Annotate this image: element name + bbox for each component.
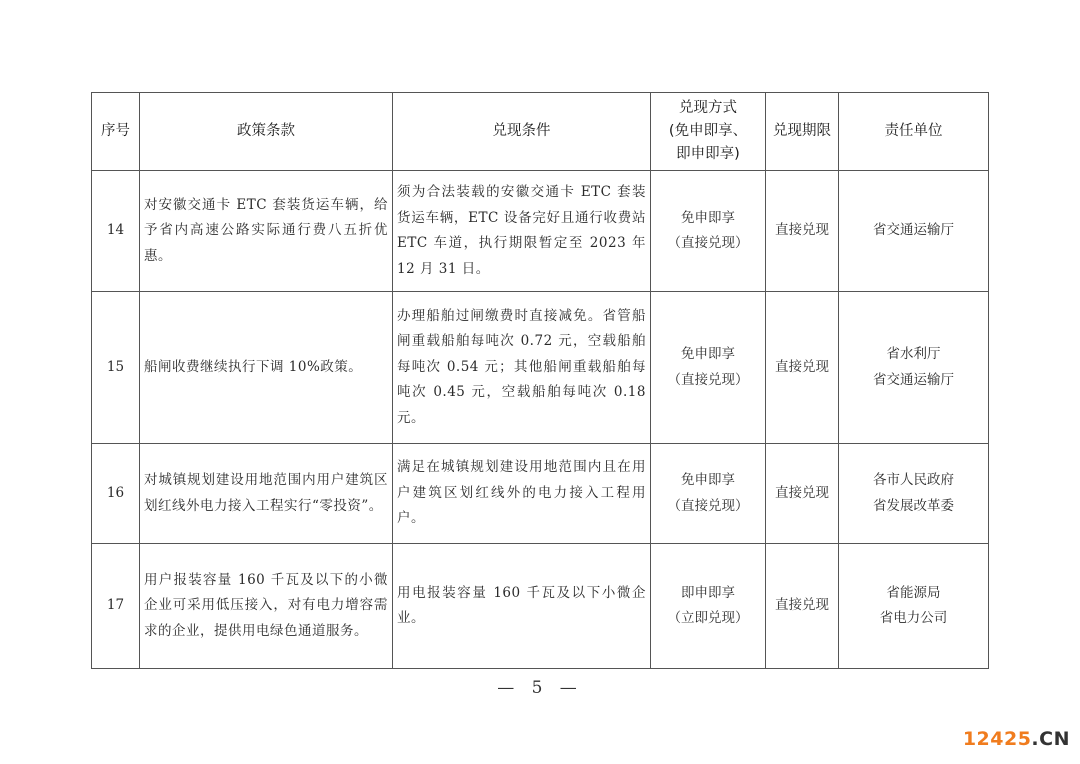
header-period: 兑现期限: [766, 93, 839, 171]
watermark-number: 12425: [963, 728, 1032, 750]
cell-condition: 须为合法装载的安徽交通卡 ETC 套装货运车辆，ETC 设备完好且通行收费站 E…: [393, 171, 651, 292]
cell-policy: 用户报装容量 160 千瓦及以下的小微企业可采用低压接入，对有电力增容需求的企业…: [140, 544, 393, 669]
cell-unit: 省水利厅 省交通运输厅: [839, 292, 989, 444]
policy-table: 序号 政策条款 兑现条件 兑现方式 (免申即享、 即申即享) 兑现期限 责任单位…: [91, 92, 989, 669]
cell-condition: 满足在城镇规划建设用地范围内且在用户建筑区划红线外的电力接入工程用户。: [393, 444, 651, 544]
cell-method: 免申即享 （直接兑现）: [651, 171, 766, 292]
table-row: 15 船闸收费继续执行下调 10%政策。 办理船舶过闸缴费时直接减免。省管船闸重…: [92, 292, 989, 444]
cell-condition: 办理船舶过闸缴费时直接减免。省管船闸重载船舶每吨次 0.72 元，空载船舶每吨次…: [393, 292, 651, 444]
table-row: 17 用户报装容量 160 千瓦及以下的小微企业可采用低压接入，对有电力增容需求…: [92, 544, 989, 669]
cell-policy: 对安徽交通卡 ETC 套装货运车辆，给予省内高速公路实际通行费八五折优惠。: [140, 171, 393, 292]
cell-condition: 用电报装容量 160 千瓦及以下小微企业。: [393, 544, 651, 669]
cell-method: 免申即享 （直接兑现）: [651, 444, 766, 544]
cell-period: 直接兑现: [766, 544, 839, 669]
cell-unit: 各市人民政府 省发展改革委: [839, 444, 989, 544]
table-row: 14 对安徽交通卡 ETC 套装货运车辆，给予省内高速公路实际通行费八五折优惠。…: [92, 171, 989, 292]
header-row: 序号 政策条款 兑现条件 兑现方式 (免申即享、 即申即享) 兑现期限 责任单位: [92, 93, 989, 171]
cell-policy: 对城镇规划建设用地范围内用户建筑区划红线外电力接入工程实行“零投资”。: [140, 444, 393, 544]
cell-seq: 14: [92, 171, 140, 292]
header-unit: 责任单位: [839, 93, 989, 171]
watermark-logo: 12425.CN: [963, 728, 1070, 750]
header-seq: 序号: [92, 93, 140, 171]
watermark-domain: .CN: [1031, 728, 1070, 750]
page-number: — 5 —: [0, 678, 1080, 698]
cell-seq: 17: [92, 544, 140, 669]
cell-method: 即申即享 （立即兑现）: [651, 544, 766, 669]
header-condition: 兑现条件: [393, 93, 651, 171]
table-row: 16 对城镇规划建设用地范围内用户建筑区划红线外电力接入工程实行“零投资”。 满…: [92, 444, 989, 544]
header-method: 兑现方式 (免申即享、 即申即享): [651, 93, 766, 171]
cell-seq: 15: [92, 292, 140, 444]
cell-unit: 省能源局 省电力公司: [839, 544, 989, 669]
header-policy: 政策条款: [140, 93, 393, 171]
cell-period: 直接兑现: [766, 292, 839, 444]
cell-seq: 16: [92, 444, 140, 544]
cell-period: 直接兑现: [766, 171, 839, 292]
cell-policy: 船闸收费继续执行下调 10%政策。: [140, 292, 393, 444]
cell-unit: 省交通运输厅: [839, 171, 989, 292]
cell-period: 直接兑现: [766, 444, 839, 544]
cell-method: 免申即享 （直接兑现）: [651, 292, 766, 444]
